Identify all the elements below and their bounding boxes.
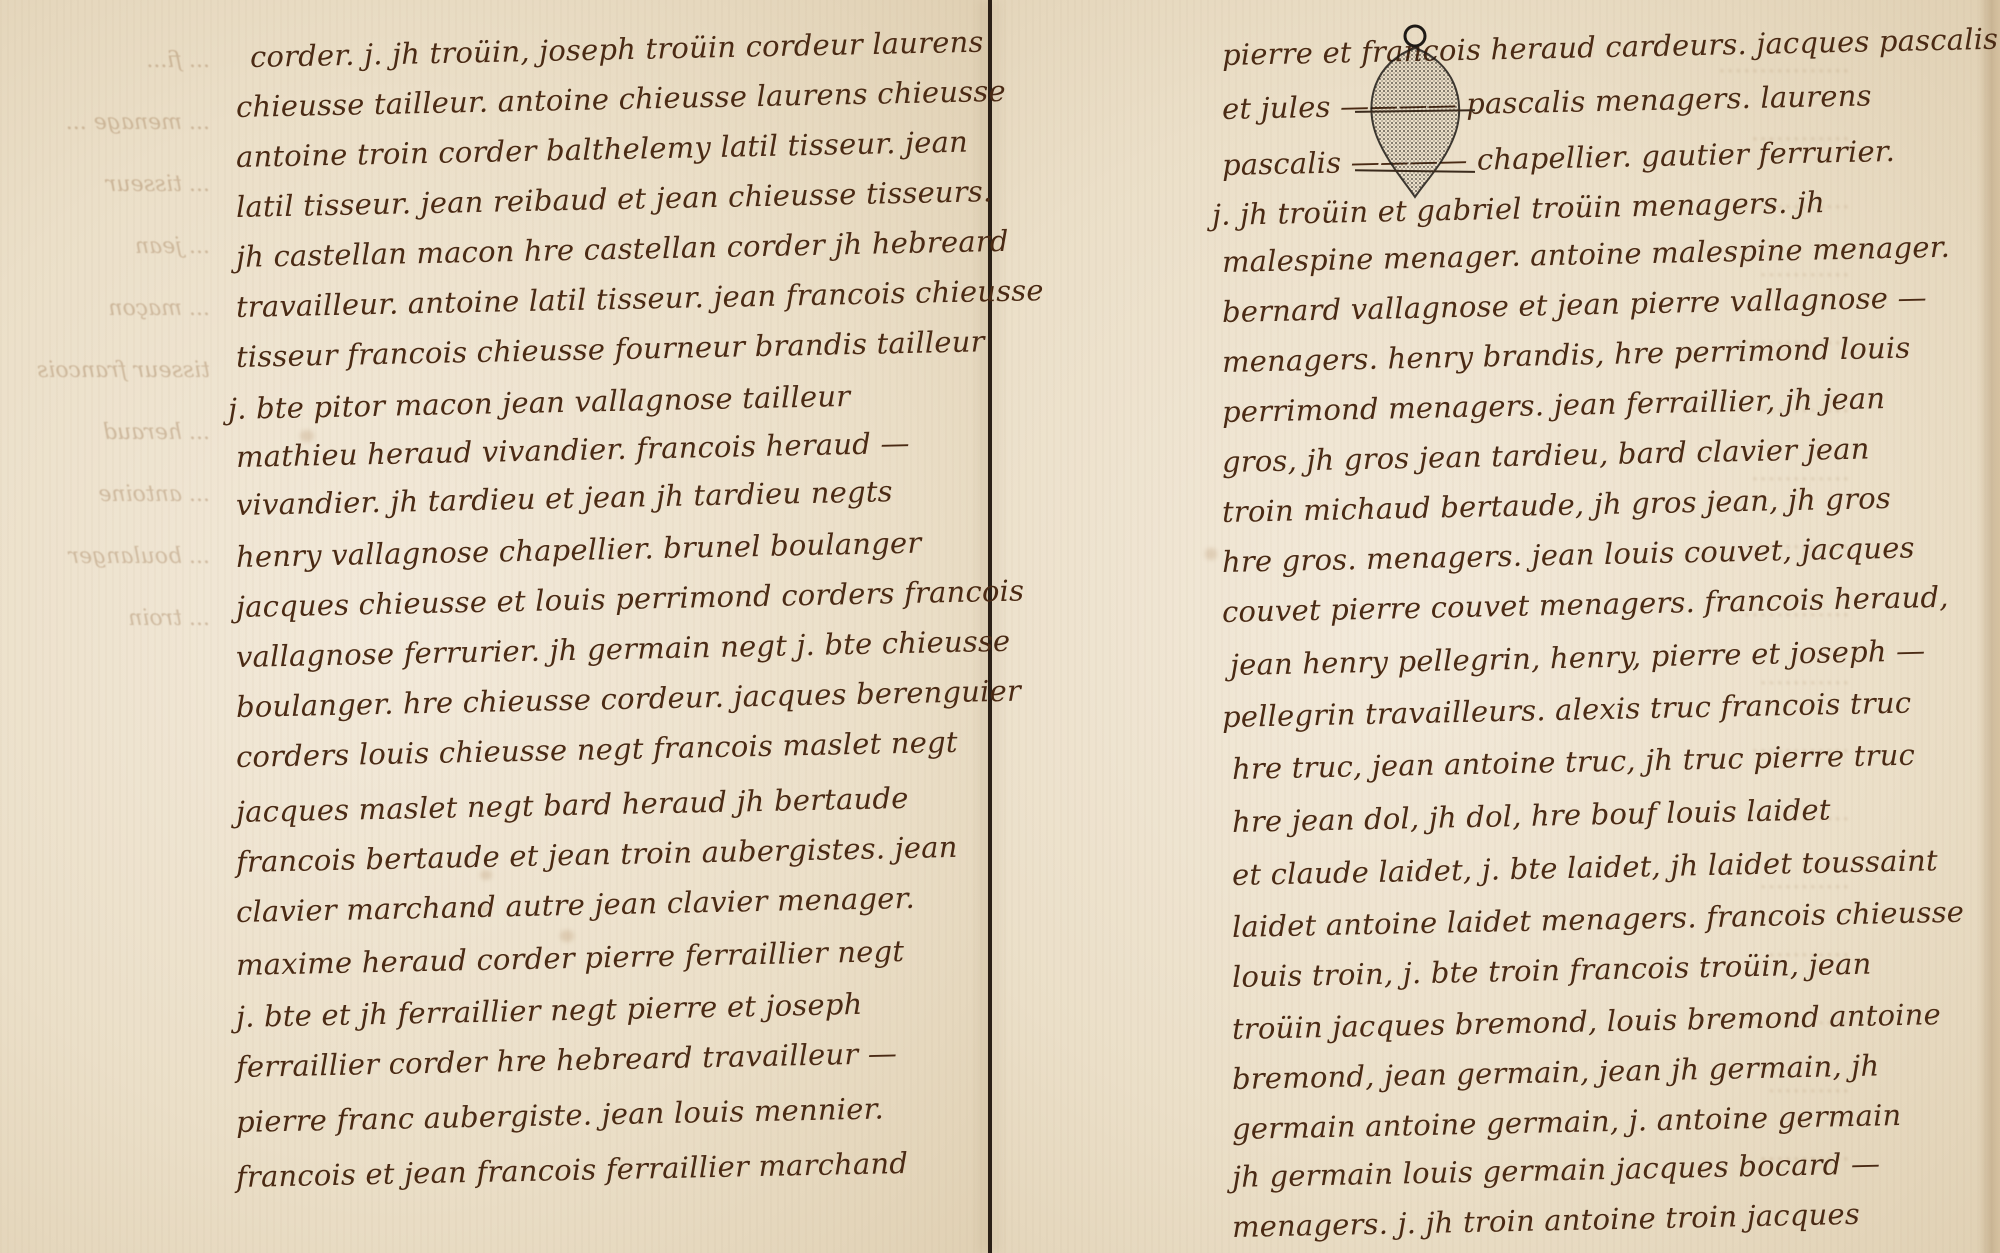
bleed-line: ... jean bbox=[10, 216, 210, 278]
bleed-line: ... boulanger bbox=[10, 526, 210, 588]
manuscript-spread: ... fi... ... menage ... ... tisseur ...… bbox=[0, 0, 2000, 1253]
bleed-line: ... antoine bbox=[10, 464, 210, 526]
bleed-line: ... heraud bbox=[10, 402, 210, 464]
ink-stain bbox=[1205, 548, 1217, 560]
bleed-line: ... maçon bbox=[10, 278, 210, 340]
seal-stamp-icon bbox=[1355, 22, 1475, 202]
bleed-line: tisseur francois bbox=[10, 340, 210, 402]
bleed-line: ... tisseur bbox=[10, 154, 210, 216]
page-edge bbox=[1978, 0, 2000, 1253]
bleed-line: ... menage ... bbox=[10, 92, 210, 154]
left-margin-bleed-through: ... fi... ... menage ... ... tisseur ...… bbox=[10, 30, 210, 650]
bleed-line: ... troin bbox=[10, 588, 210, 650]
bleed-line: ... fi... bbox=[10, 30, 210, 92]
